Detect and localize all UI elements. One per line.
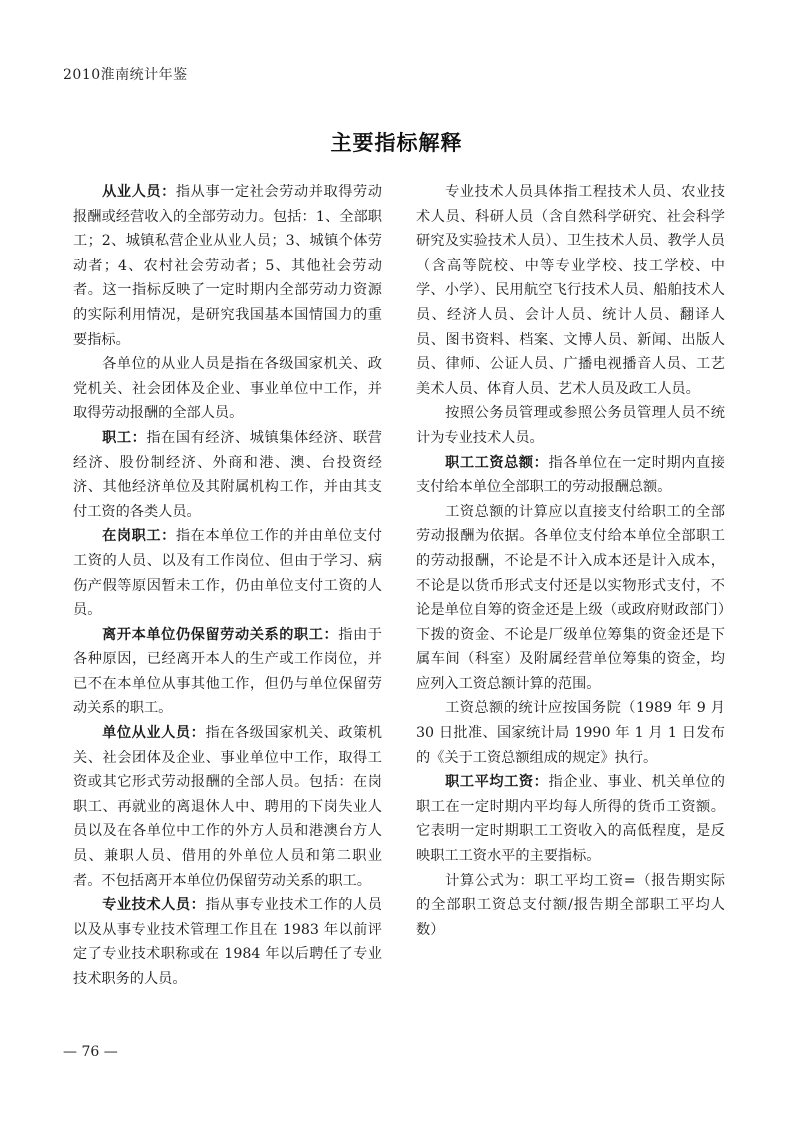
definition: 按照公务员管理或参照公务员管理人员不统计为专业技术人员。 xyxy=(416,405,725,446)
paragraph-unit-employed: 各单位的从业人员是指在各级国家机关、政党机关、社会团体及企业、事业单位中工作，并… xyxy=(73,352,382,426)
term: 职工工资总额： xyxy=(445,455,548,471)
page-number: — 76 — xyxy=(63,1044,118,1060)
term: 职工平均工资： xyxy=(445,774,548,790)
paragraph-off-post-staff: 离开本单位仍保留劳动关系的职工：指由于各种原因，已经离开本人的生产或工作岗位，并… xyxy=(73,623,382,721)
paragraph-technical-personnel: 专业技术人员：指从事专业技术工作的人员以及从事专业技术管理工作且在 1983 年… xyxy=(73,893,382,991)
paragraph-wage-calculation: 工资总额的计算应以直接支付给职工的全部劳动报酬为依据。各单位支付给本单位全部职工… xyxy=(416,500,725,697)
paragraph-average-wage: 职工平均工资：指企业、事业、机关单位的职工在一定时期内平均每人所得的货币工资额。… xyxy=(416,770,725,868)
paragraph-staff: 职工：指在国有经济、城镇集体经济、联营经济、股份制经济、外商和港、澳、台投资经济… xyxy=(73,426,382,524)
paragraph-formula: 计算公式为：职工平均工资=（报告期实际的全部职工资总支付额/报告期全部职工平均人… xyxy=(416,869,725,943)
right-column: 专业技术人员具体指工程技术人员、农业技术人员、科研人员（含自然科学研究、社会科学… xyxy=(416,180,725,942)
paragraph-technical-categories: 专业技术人员具体指工程技术人员、农业技术人员、科研人员（含自然科学研究、社会科学… xyxy=(416,180,725,401)
paragraph-wage-regulation: 工资总额的统计应按国务院（1989 年 9 月 30 日批准、国家统计局 199… xyxy=(416,696,725,770)
term: 单位从业人员： xyxy=(102,725,205,741)
definition: 专业技术人员具体指工程技术人员、农业技术人员、科研人员（含自然科学研究、社会科学… xyxy=(416,184,725,397)
page-title-text: 主要指标解释 xyxy=(331,127,463,157)
paragraph-civil-servants: 按照公务员管理或参照公务员管理人员不统计为专业技术人员。 xyxy=(416,401,725,450)
paragraph-on-post-staff: 在岗职工：指在本单位工作的并由单位支付工资的人员、以及有工作岗位、但由于学习、病… xyxy=(73,524,382,622)
definition: 各单位的从业人员是指在各级国家机关、政党机关、社会团体及企业、事业单位中工作，并… xyxy=(73,356,382,421)
definition: 指在各级国家机关、政策机关、社会团体及企业、事业单位中工作，取得工资或其它形式劳… xyxy=(73,725,382,889)
definition: 计算公式为：职工平均工资=（报告期实际的全部职工资总支付额/报告期全部职工平均人… xyxy=(416,873,725,938)
term: 职工： xyxy=(102,430,146,446)
definition: 工资总额的统计应按国务院（1989 年 9 月 30 日批准、国家统计局 199… xyxy=(416,700,725,765)
paragraph-unit-employees: 单位从业人员：指在各级国家机关、政策机关、社会团体及企业、事业单位中工作，取得工… xyxy=(73,721,382,893)
term: 从业人员： xyxy=(102,184,176,200)
paragraph-employed-persons: 从业人员：指从事一定社会劳动并取得劳动报酬或经营收入的全部劳动力。包括：1、全部… xyxy=(73,180,382,352)
term: 专业技术人员： xyxy=(102,897,205,913)
page-title: 主要指标解释 xyxy=(0,127,793,157)
running-head: 2010淮南统计年鉴 xyxy=(63,64,188,84)
left-column: 从业人员：指从事一定社会劳动并取得劳动报酬或经营收入的全部劳动力。包括：1、全部… xyxy=(73,180,382,992)
term: 在岗职工： xyxy=(102,528,176,544)
term: 离开本单位仍保留劳动关系的职工： xyxy=(102,627,338,643)
definition: 工资总额的计算应以直接支付给职工的全部劳动报酬为依据。各单位支付给本单位全部职工… xyxy=(416,504,725,692)
definition: 指从事一定社会劳动并取得劳动报酬或经营收入的全部劳动力。包括：1、全部职工；2、… xyxy=(73,184,382,348)
paragraph-total-wages: 职工工资总额：指各单位在一定时期内直接支付给本单位全部职工的劳动报酬总额。 xyxy=(416,451,725,500)
